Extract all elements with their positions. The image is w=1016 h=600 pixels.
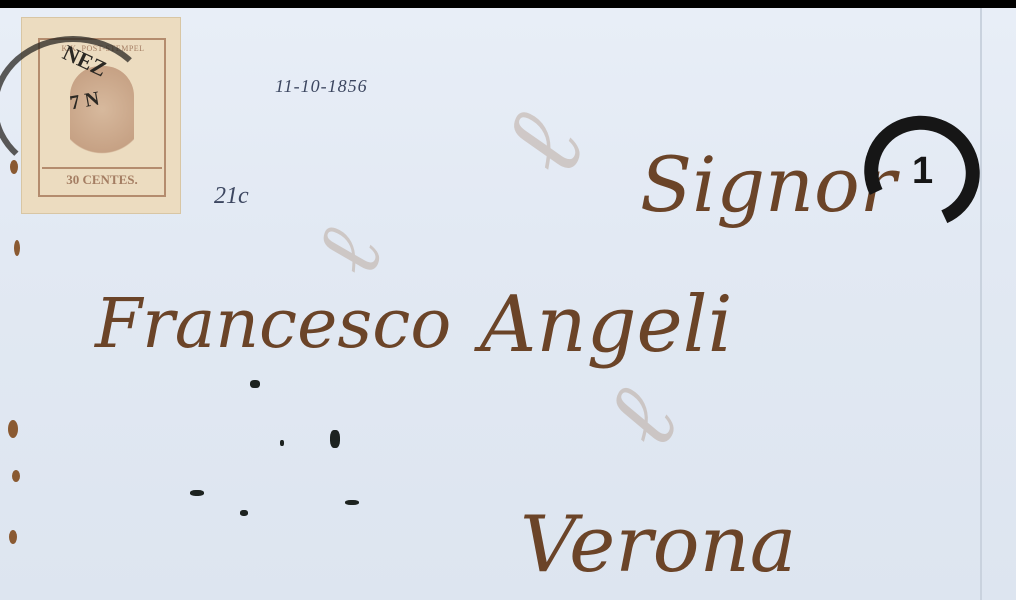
paper-fold — [980, 8, 982, 600]
address-first-name: Francesco — [95, 285, 451, 364]
postage-stamp: K.K. POST-STEMPEL 30 CENTES. NEZ 7 N — [22, 18, 180, 213]
pencil-date-note: 11-10-1856 — [275, 76, 368, 97]
pencil-reference-note: 21c — [214, 183, 249, 210]
rate-handstamp: 1 — [864, 116, 980, 228]
margin-ink-marks — [0, 150, 40, 590]
address-city: Verona — [520, 500, 796, 590]
address-salutation: Signor — [640, 140, 896, 229]
address-last-name: Angeli — [480, 280, 733, 370]
rate-value: 1 — [912, 150, 933, 193]
ink-specks — [180, 380, 360, 520]
